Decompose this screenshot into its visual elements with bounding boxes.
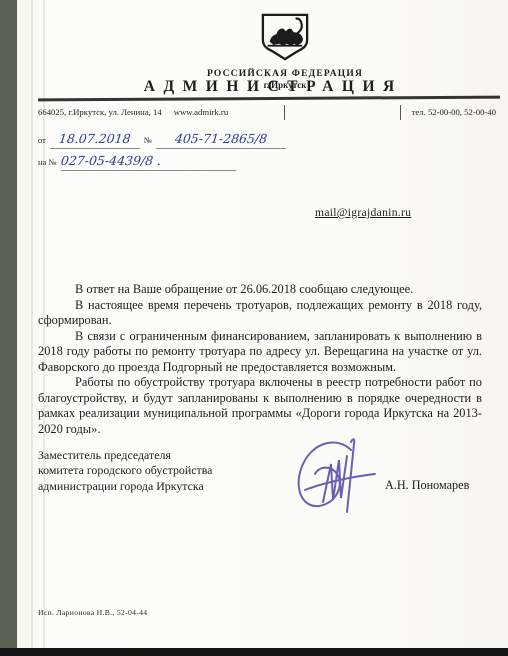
signature-autograph <box>289 432 381 527</box>
postal-address: 664025, г.Иркутск, ул. Ленина, 14www.adm… <box>38 107 228 117</box>
divider <box>400 105 401 120</box>
header-rule <box>38 96 500 101</box>
scan-bottom-edge <box>0 648 508 656</box>
signer-name: А.Н. Пономарев <box>385 478 469 493</box>
incoming-reference: на № 027-05-4439/8 . <box>38 152 236 171</box>
outgoing-number: 405-71-2865/8 <box>156 130 286 149</box>
scanned-letter: { "header": { "country": "РОССИЙСКАЯ ФЕД… <box>0 0 508 656</box>
paragraph: Работы по обустройству тротуара включены… <box>38 375 482 437</box>
letter-body: В ответ на Ваше обращение от 26.06.2018 … <box>38 282 482 437</box>
signer-position: Заместитель председателя комитета городс… <box>38 448 212 494</box>
outgoing-date: 18.07.2018 <box>50 130 140 149</box>
outgoing-reference: от 18.07.2018 № 405-71-2865/8 <box>38 130 286 149</box>
number-label: № <box>144 135 152 145</box>
irkutsk-coat-of-arms-icon <box>256 12 314 62</box>
divider <box>284 105 285 120</box>
recipient-email: mail@igrajdanin.ru <box>315 206 411 219</box>
executor-note: Исп. Ларионова Н.В., 52-04-44 <box>38 608 147 617</box>
organization-title: АДМИНИСТРАЦИЯ <box>38 78 500 96</box>
position-line: комитета городского обустройства <box>38 463 212 478</box>
from-label: от <box>38 135 46 145</box>
reply-to-label: на № <box>38 157 57 167</box>
incoming-number: 027-05-4439/8 . <box>61 152 236 171</box>
paragraph: В настоящее время перечень тротуаров, по… <box>38 298 482 329</box>
phone-numbers: тел. 52-00-00, 52-00-40 <box>412 107 496 117</box>
letter-paper: РОССИЙСКАЯ ФЕДЕРАЦИЯ г. Иркутск АДМИНИСТ… <box>17 0 508 648</box>
position-line: администрации города Иркутска <box>38 479 212 494</box>
paragraph: В связи с ограниченным финансированием, … <box>38 329 482 376</box>
position-line: Заместитель председателя <box>38 448 212 463</box>
paragraph: В ответ на Ваше обращение от 26.06.2018 … <box>38 282 482 298</box>
address-text: 664025, г.Иркутск, ул. Ленина, 14 <box>38 107 162 117</box>
website-text: www.admirk.ru <box>174 107 228 117</box>
paper-crease <box>31 0 33 648</box>
